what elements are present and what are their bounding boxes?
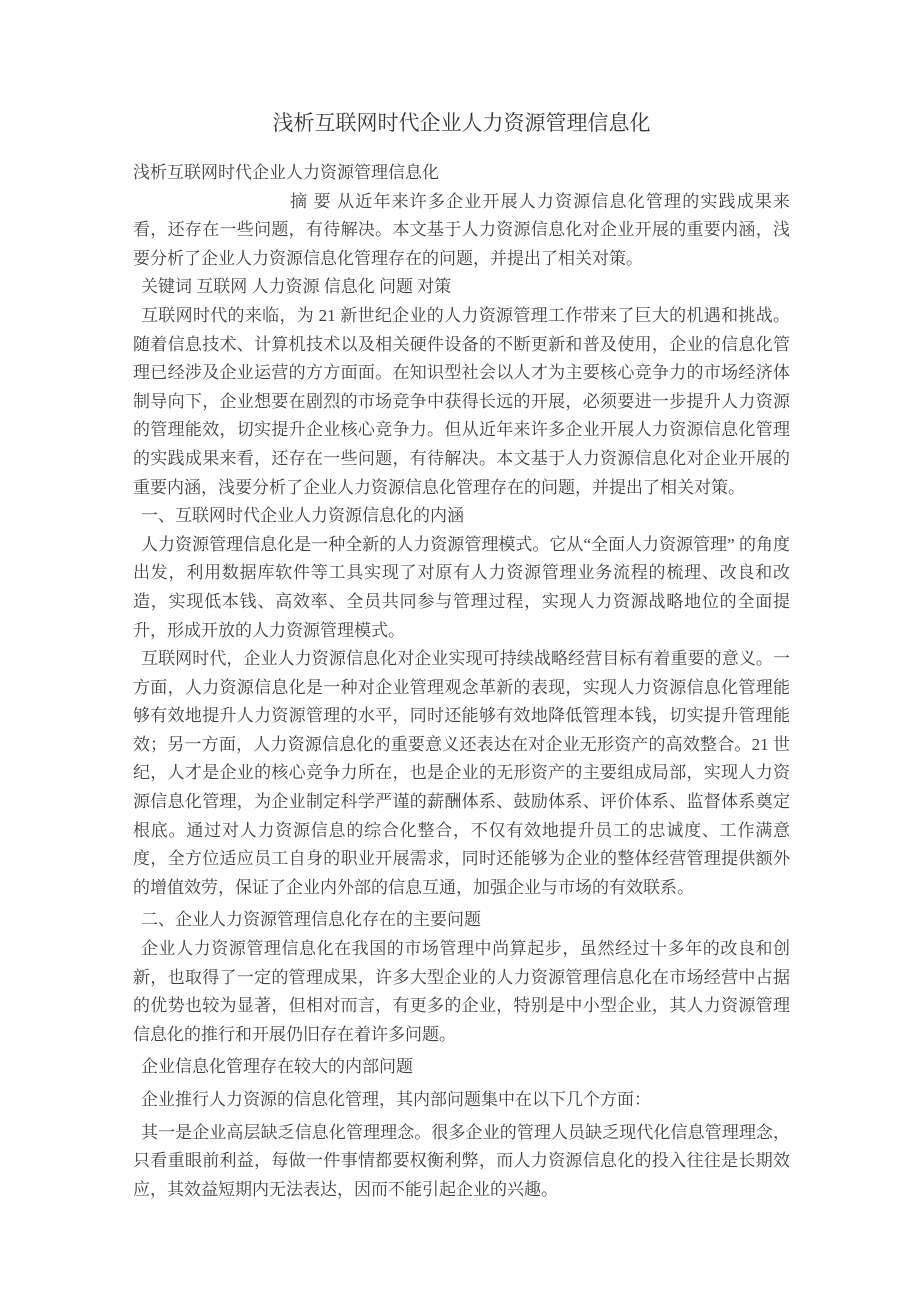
document-title: 浅析互联网时代企业人力资源管理信息化 (133, 108, 790, 138)
section-heading-1: 一、互联网时代企业人力资源信息化的内涵 (133, 502, 790, 531)
subsection-heading-internal: 企业信息化管理存在较大的内部问题 (133, 1053, 790, 1082)
keywords-line: 关键词 互联网 人力资源 信息化 问题 对策 (133, 273, 790, 302)
abstract-paragraph: 摘 要 从近年来许多企业开展人力资源信息化管理的实践成果来看，还存在一些问题，有… (133, 188, 790, 274)
section-heading-2: 二、企业人力资源管理信息化存在的主要问题 (133, 906, 790, 935)
paragraph-hr-significance: 互联网时代，企业人力资源信息化对企业实现可持续战略经营目标有着重要的意义。一方面… (133, 645, 790, 902)
paragraph-status: 企业人力资源管理信息化在我国的市场管理中尚算起步，虽然经过十多年的改良和创新，也… (133, 935, 790, 1049)
document-subtitle: 浅析互联网时代企业人力资源管理信息化 (133, 159, 790, 188)
paragraph-intro: 互联网时代的来临，为 21 新世纪企业的人力资源管理工作带来了巨大的机遇和挑战。… (133, 302, 790, 502)
paragraph-hr-definition: 人力资源管理信息化是一种全新的人力资源管理模式。它从“全面人力资源管理” 的角度… (133, 531, 790, 645)
document-page: 浅析互联网时代企业人力资源管理信息化 浅析互联网时代企业人力资源管理信息化 摘 … (0, 0, 920, 1302)
paragraph-internal-intro: 企业推行人力资源的信息化管理，其内部问题集中在以下几个方面： (133, 1086, 790, 1115)
paragraph-issue-1: 其一是企业高层缺乏信息化管理理念。很多企业的管理人员缺乏现代化信息管理理念，只看… (133, 1119, 790, 1205)
